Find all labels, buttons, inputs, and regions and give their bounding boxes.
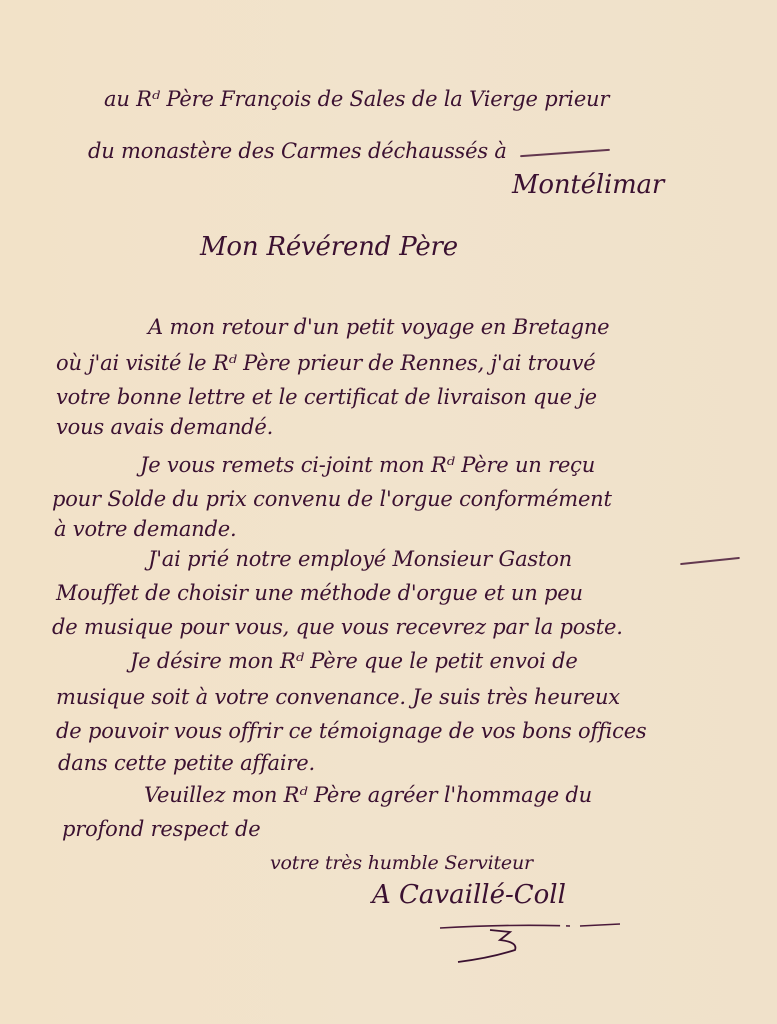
body-line: vous avais demandé. bbox=[56, 414, 273, 440]
salutation: Mon Révérend Père bbox=[200, 234, 458, 260]
body-line: A mon retour d'un petit voyage en Bretag… bbox=[148, 314, 609, 340]
body-line: pour Solde du prix convenu de l'orgue co… bbox=[52, 486, 612, 512]
flourish-line bbox=[680, 557, 740, 565]
body-line: Je vous remets ci-joint mon Rᵈ Père un r… bbox=[140, 452, 595, 478]
body-line: J'ai prié notre employé Monsieur Gaston bbox=[148, 546, 572, 572]
body-line: Je désire mon Rᵈ Père que le petit envoi… bbox=[130, 648, 578, 674]
body-line: de pouvoir vous offrir ce témoignage de … bbox=[56, 718, 647, 744]
body-line: votre bonne lettre et le certificat de l… bbox=[56, 384, 597, 410]
body-line: dans cette petite affaire. bbox=[58, 750, 315, 776]
body-line: de musique pour vous, que vous recevrez … bbox=[52, 614, 623, 640]
address-line-1: au Rᵈ Père François de Sales de la Vierg… bbox=[104, 86, 609, 112]
flourish-line bbox=[520, 149, 610, 157]
letter-page: au Rᵈ Père François de Sales de la Vierg… bbox=[0, 0, 777, 1024]
body-line: profond respect de bbox=[62, 816, 260, 842]
signature-paraph-icon bbox=[420, 918, 640, 968]
closing-line: votre très humble Serviteur bbox=[270, 850, 533, 876]
body-line: Veuillez mon Rᵈ Père agréer l'hommage du bbox=[144, 782, 592, 808]
address-line-2: du monastère des Carmes déchaussés à bbox=[88, 138, 507, 164]
body-line: à votre demande. bbox=[54, 516, 236, 542]
body-line: musique soit à votre convenance. Je suis… bbox=[56, 684, 620, 710]
body-line: Mouffet de choisir une méthode d'orgue e… bbox=[56, 580, 583, 606]
address-city: Montélimar bbox=[512, 172, 664, 198]
signature: A Cavaillé-Coll bbox=[372, 880, 566, 910]
body-line: où j'ai visité le Rᵈ Père prieur de Renn… bbox=[56, 350, 596, 376]
